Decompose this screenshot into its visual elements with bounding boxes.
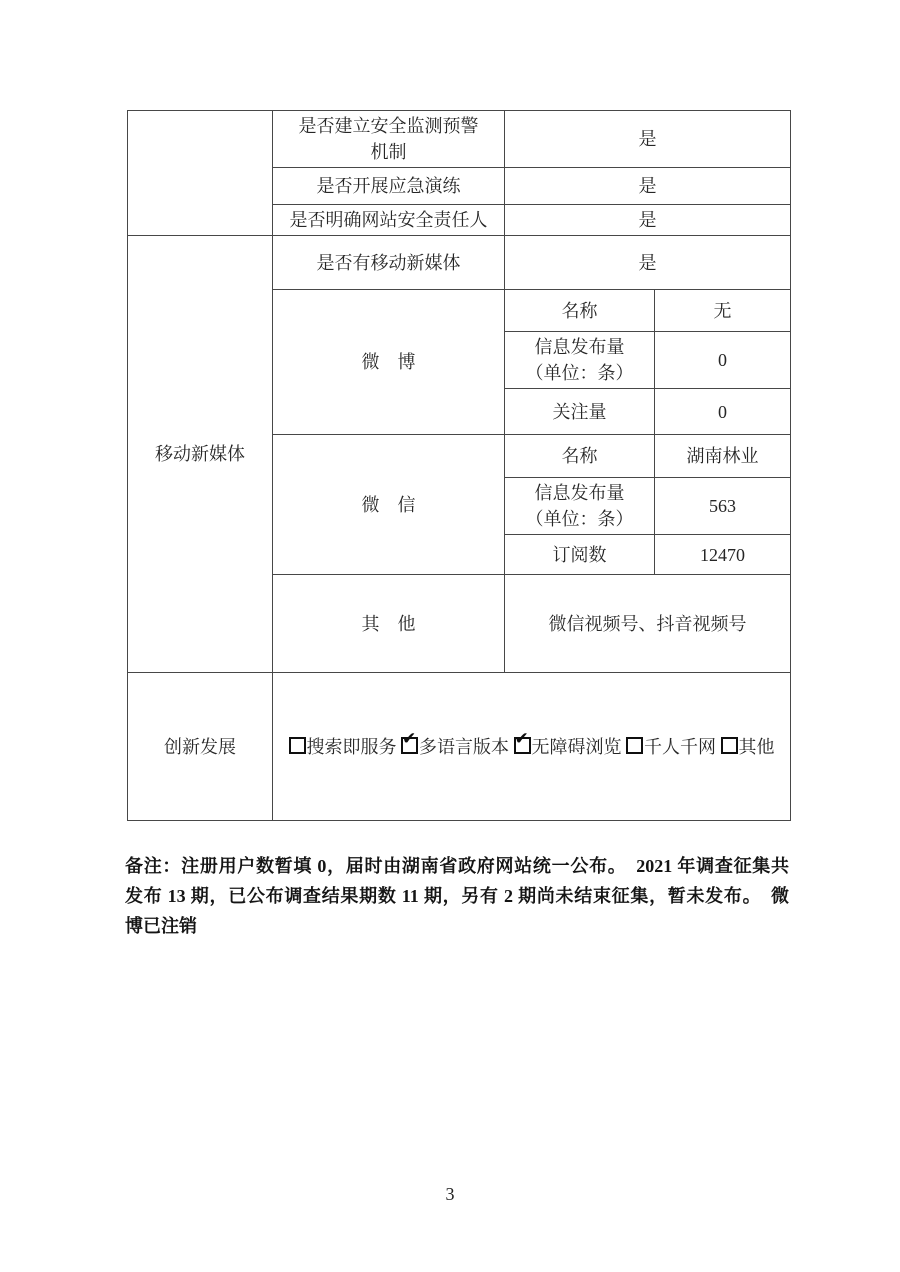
security-row-2-label-cell: 是否开展应急演练 bbox=[273, 168, 505, 205]
security-row-1-label-line1: 是否建立安全监测预警 bbox=[276, 113, 501, 139]
checkbox-label-other: 其他 bbox=[739, 737, 775, 757]
checkbox-item-qianren-qianwang: 千人千网 bbox=[626, 737, 721, 757]
weibo-posts-label-cell: 信息发布量 （单位：条） bbox=[505, 332, 655, 389]
other-media-value-cell: 微信视频号、抖音视频号 bbox=[505, 575, 791, 673]
checkbox-multilingual: ✔ bbox=[401, 737, 418, 754]
wechat-account-name-label-cell: 名称 bbox=[505, 435, 655, 478]
weibo-posts-label-line1: 信息发布量 bbox=[508, 334, 651, 360]
weibo-account-name-label-cell: 名称 bbox=[505, 290, 655, 332]
note-line-2: 发布 13 期，已公布调查结果期数 11 期，另有 2 期尚未结束征集，暂未发布… bbox=[125, 881, 789, 911]
checkbox-item-multilingual: ✔多语言版本 bbox=[401, 737, 514, 757]
checkbox-label-search-service: 搜索即服务 bbox=[307, 737, 397, 757]
weibo-posts-value-cell: 0 bbox=[655, 332, 791, 389]
note-line-1: 备注：注册用户数暂填 0，届时由湖南省政府网站统一公布。 2021 年调查征集共 bbox=[125, 851, 789, 881]
remarks-note: 备注：注册用户数暂填 0，届时由湖南省政府网站统一公布。 2021 年调查征集共… bbox=[125, 851, 789, 941]
wechat-posts-value-cell: 563 bbox=[655, 478, 791, 535]
weibo-followers-label-cell: 关注量 bbox=[505, 389, 655, 435]
weibo-name-cell: 微 博 bbox=[273, 290, 505, 435]
wechat-subscribers-label-cell: 订阅数 bbox=[505, 535, 655, 575]
checkbox-label-qianren-qianwang: 千人千网 bbox=[644, 737, 716, 757]
checkbox-other bbox=[721, 737, 738, 754]
wechat-posts-label-line1: 信息发布量 bbox=[508, 480, 651, 506]
wechat-posts-label-line2: （单位：条） bbox=[508, 506, 651, 532]
document-page: 是否建立安全监测预警 机制 是 是否开展应急演练 是 是否明确网站安全责任人 是… bbox=[0, 0, 900, 1272]
wechat-name-cell: 微 信 bbox=[273, 435, 505, 575]
checkbox-accessibility: ✔ bbox=[514, 737, 531, 754]
innovation-checkbox-line: 搜索即服务 ✔多语言版本 ✔无障碍浏览 千人千网 其他 bbox=[289, 737, 775, 757]
security-row-1-label-line2: 机制 bbox=[276, 139, 501, 165]
check-mark-icon: ✔ bbox=[515, 731, 529, 748]
other-media-name-cell: 其 他 bbox=[273, 575, 505, 673]
innovation-options-cell: 搜索即服务 ✔多语言版本 ✔无障碍浏览 千人千网 其他 bbox=[273, 673, 791, 821]
weibo-followers-value-cell: 0 bbox=[655, 389, 791, 435]
weibo-posts-label-line2: （单位：条） bbox=[508, 360, 651, 386]
innovation-section-cell: 创新发展 bbox=[128, 673, 273, 821]
security-section-cell bbox=[128, 111, 273, 236]
checkbox-item-accessibility: ✔无障碍浏览 bbox=[514, 737, 627, 757]
checkbox-label-multilingual: 多语言版本 bbox=[419, 737, 509, 757]
wechat-account-name-value-cell: 湖南林业 bbox=[655, 435, 791, 478]
security-row-1-value-cell: 是 bbox=[505, 111, 791, 168]
has-new-media-value-cell: 是 bbox=[505, 236, 791, 290]
checkbox-search-service bbox=[289, 737, 306, 754]
wechat-posts-label-cell: 信息发布量 （单位：条） bbox=[505, 478, 655, 535]
has-new-media-label-cell: 是否有移动新媒体 bbox=[273, 236, 505, 290]
checkbox-label-accessibility: 无障碍浏览 bbox=[532, 737, 622, 757]
note-line-3: 博已注销 bbox=[125, 911, 789, 941]
security-row-3-label-cell: 是否明确网站安全责任人 bbox=[273, 205, 505, 236]
wechat-subscribers-value-cell: 12470 bbox=[655, 535, 791, 575]
security-row-2-value-cell: 是 bbox=[505, 168, 791, 205]
report-table: 是否建立安全监测预警 机制 是 是否开展应急演练 是 是否明确网站安全责任人 是… bbox=[127, 110, 791, 821]
checkbox-item-search-service: 搜索即服务 bbox=[289, 737, 402, 757]
page-number: 3 bbox=[0, 1184, 900, 1205]
security-row-1-label-cell: 是否建立安全监测预警 机制 bbox=[273, 111, 505, 168]
security-row-3-value-cell: 是 bbox=[505, 205, 791, 236]
checkbox-qianren-qianwang bbox=[626, 737, 643, 754]
check-mark-icon: ✔ bbox=[402, 731, 416, 748]
mobile-media-section-cell: 移动新媒体 bbox=[128, 236, 273, 673]
checkbox-item-other: 其他 bbox=[721, 737, 775, 757]
weibo-account-name-value-cell: 无 bbox=[655, 290, 791, 332]
